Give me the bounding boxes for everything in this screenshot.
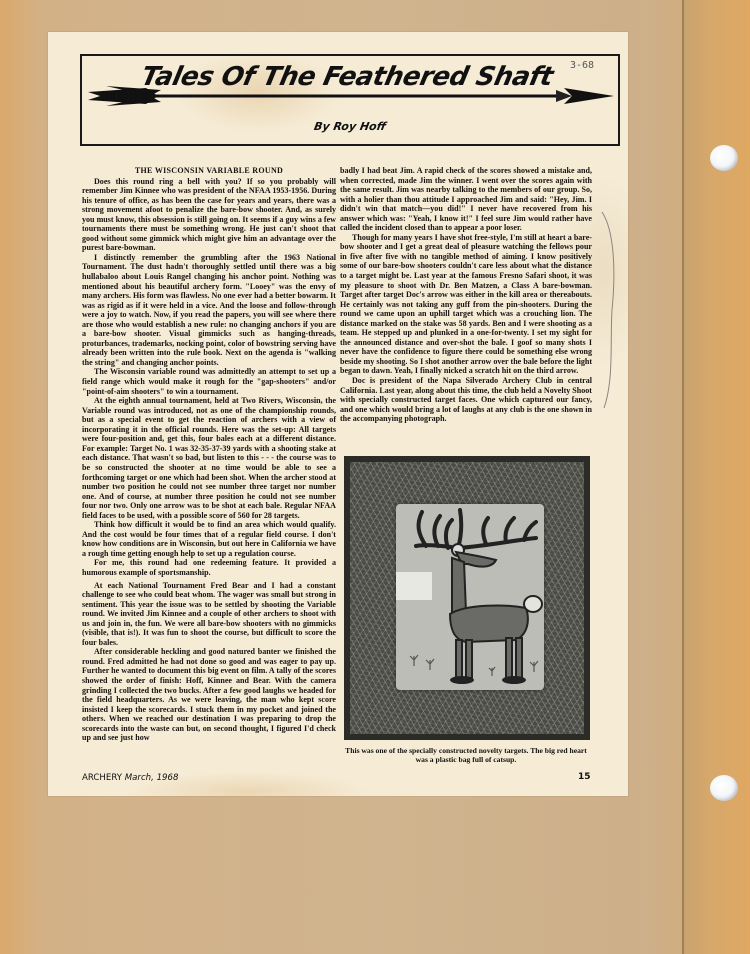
binder-strip — [682, 0, 750, 954]
posted-note — [396, 572, 432, 600]
section-heading: THE WISCONSIN VARIABLE ROUND — [82, 166, 336, 176]
paragraph: Think how difficult it would be to find … — [82, 520, 336, 558]
paragraph: At each National Tournament Fred Bear an… — [82, 581, 336, 648]
byline: By Roy Hoff — [81, 120, 619, 133]
novelty-target — [396, 504, 544, 690]
magazine-clipping: Tales Of The Feathered Shaft 3-68 By Roy… — [48, 32, 628, 796]
paragraph: Doc is president of the Napa Silverado A… — [340, 376, 592, 424]
right-column: badly I had beat Jim. A rapid check of t… — [340, 166, 592, 424]
binder-hole — [710, 775, 738, 801]
article-header: Tales Of The Feathered Shaft 3-68 By Roy… — [80, 54, 620, 146]
publication-name: ARCHERY — [82, 773, 122, 783]
binder-hole — [710, 145, 738, 171]
left-column: THE WISCONSIN VARIABLE ROUND Does this r… — [82, 166, 336, 743]
paragraph: Does this round ring a bell with you? If… — [82, 177, 336, 253]
paragraph: The Wisconsin variable round was admitte… — [82, 367, 336, 396]
paragraph: At the eighth annual tournament, held at… — [82, 396, 336, 520]
paragraph: For me, this round had one redeeming fea… — [82, 558, 336, 577]
arrow-icon — [86, 82, 616, 110]
issue-date: March, 1968 — [125, 773, 179, 783]
pencil-mark — [600, 210, 620, 410]
paragraph: After considerable heckling and good nat… — [82, 647, 336, 742]
handwritten-date: 3-68 — [570, 60, 594, 71]
article-photo — [344, 456, 590, 740]
publication-footer: ARCHERY March, 1968 — [82, 773, 178, 783]
page-number: 15 — [578, 772, 591, 782]
paragraph: I distinctly remember the grumbling afte… — [82, 253, 336, 368]
photo-caption: This was one of the specially constructe… — [340, 746, 592, 764]
paragraph: Though for many years I have shot free-s… — [340, 233, 592, 376]
paragraph: badly I had beat Jim. A rapid check of t… — [340, 166, 592, 233]
